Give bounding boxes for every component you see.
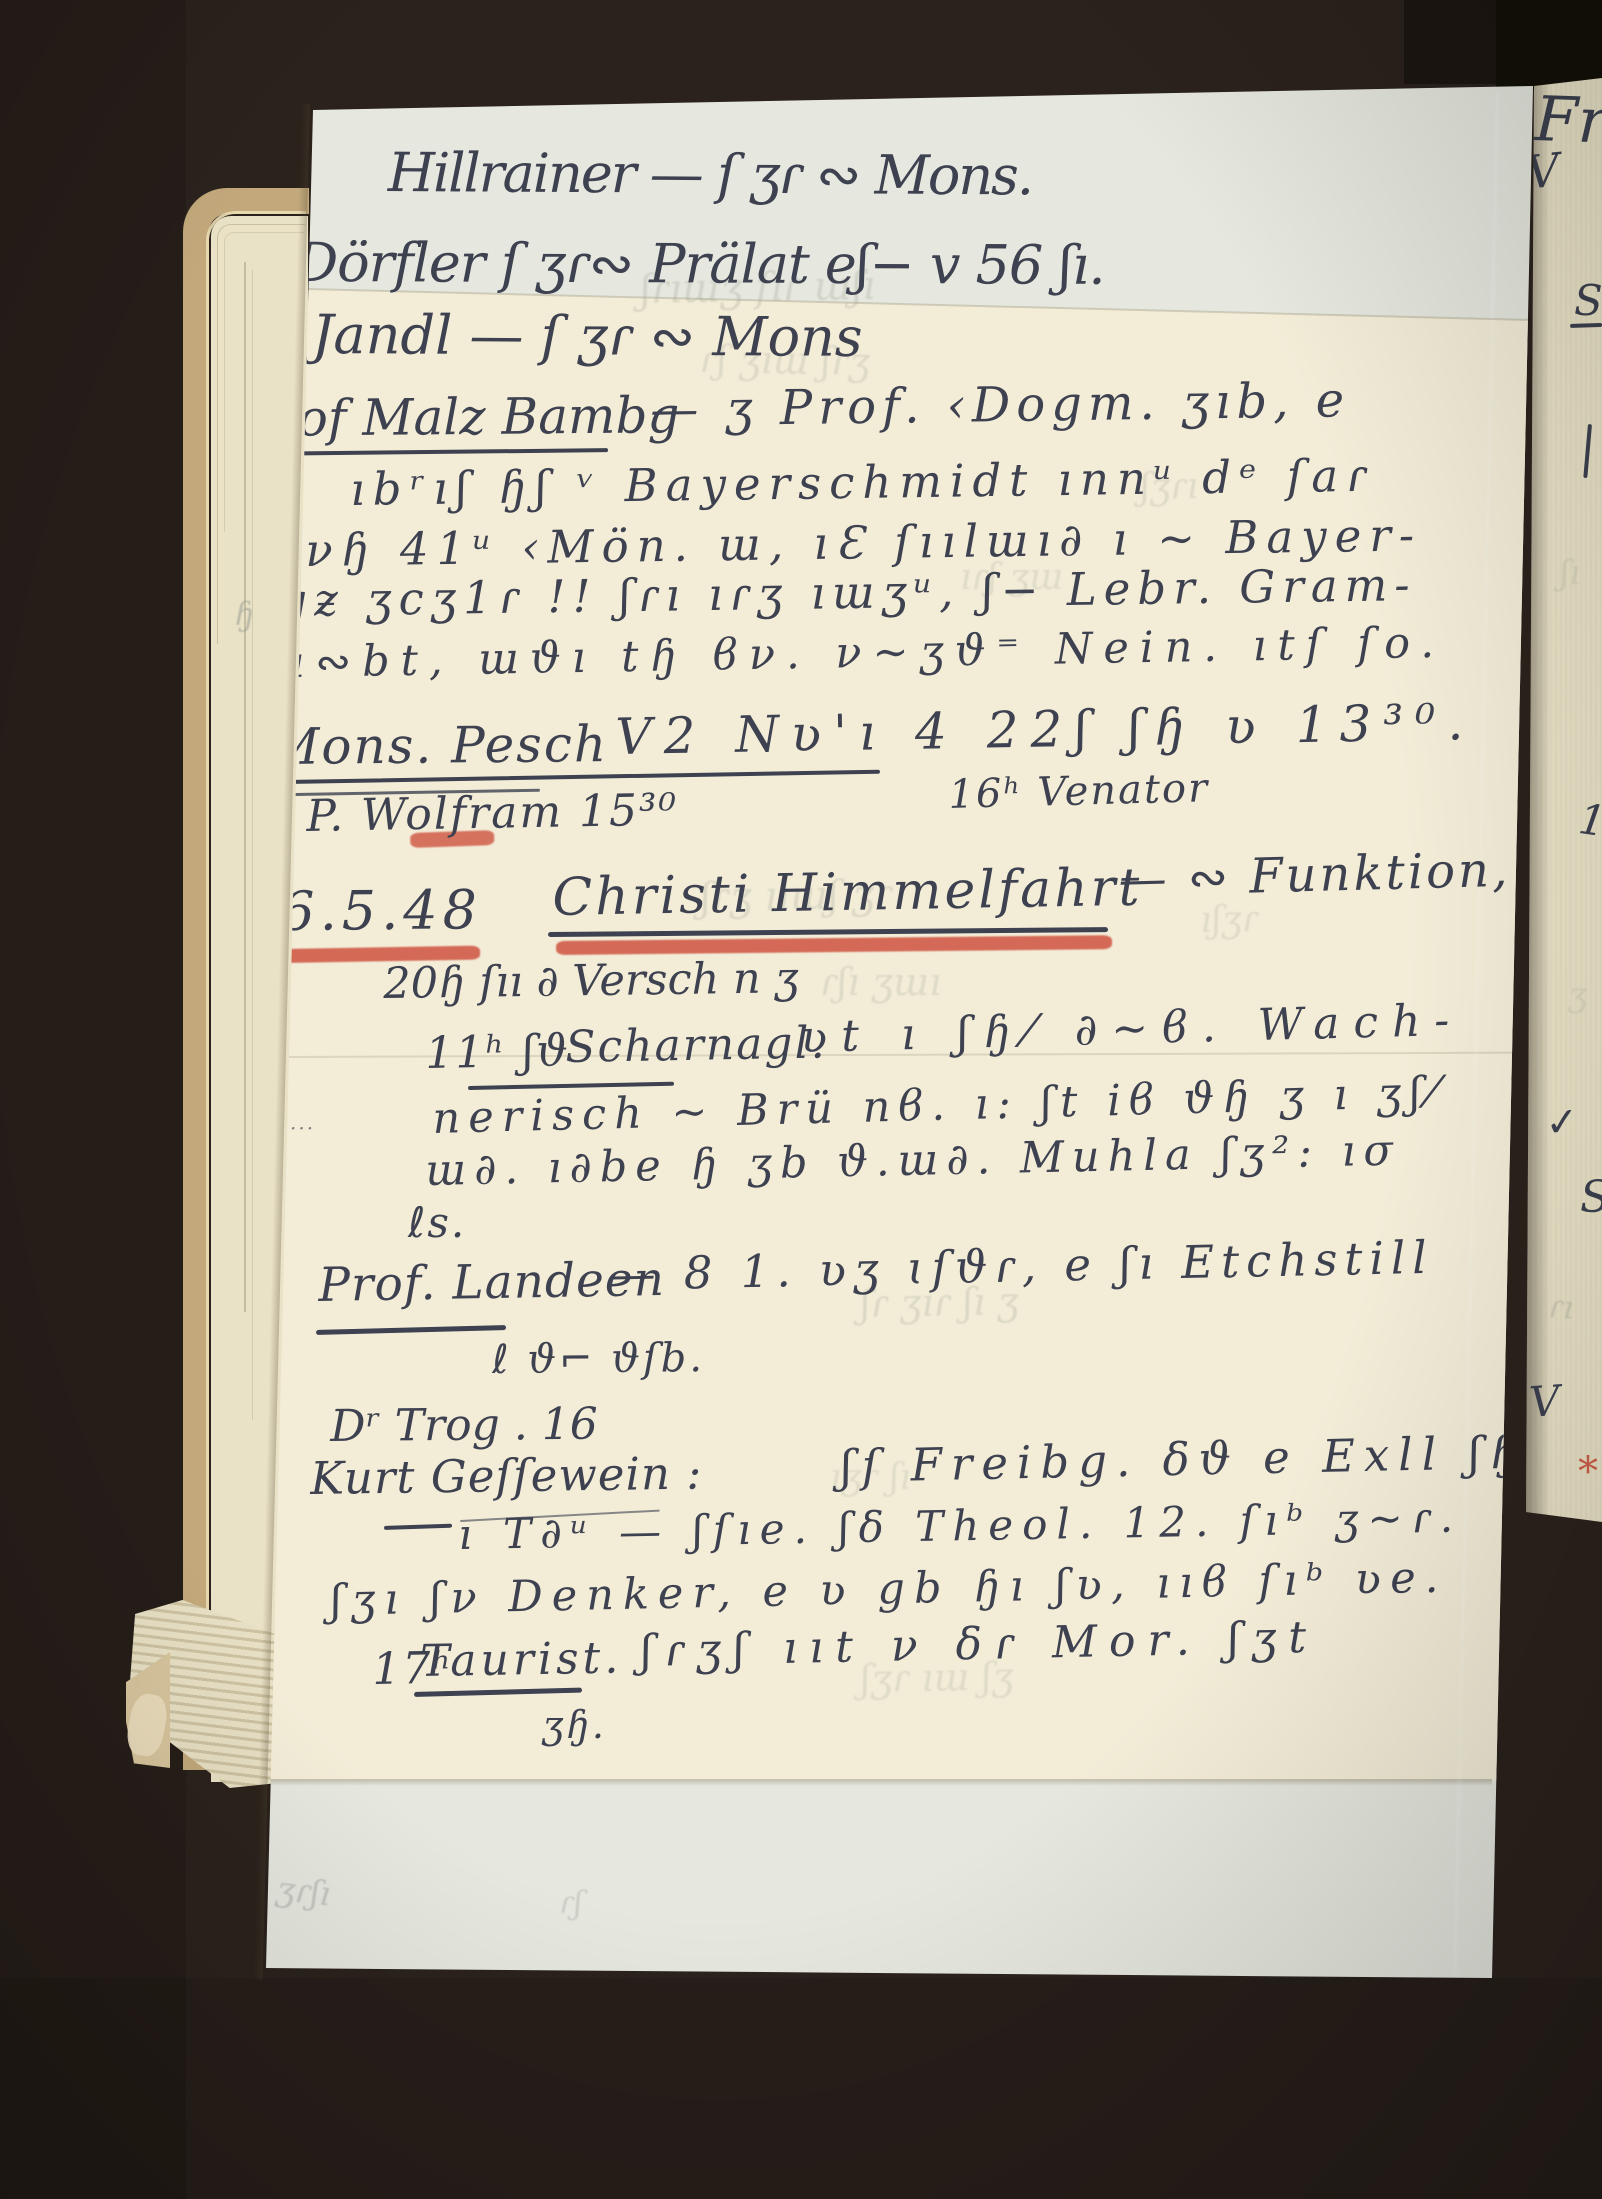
- line-funktion: — ∾ Funktion,: [1118, 846, 1511, 904]
- ink-dots: ···: [290, 1118, 315, 1138]
- background-bottom-shade: [0, 1978, 1602, 2199]
- line-gessewein-rest: ʃſ Freibg. δϑ e Exll ʃɧ.: [840, 1429, 1551, 1489]
- photographed-diary-page: ɧ FrVS1✓SaVʃıʒɾı* ʃɾıɯʒ ſıɾ ɯʃıɾʃ ʒıɯ ʃɾ…: [0, 0, 1602, 2199]
- line-date: 6.5.48: [280, 883, 482, 939]
- ghost-12: ʒɾʃı: [274, 1872, 332, 1912]
- line-venator: 16ʰ Venator: [948, 768, 1210, 815]
- line-end: ʒɧ.: [542, 1706, 606, 1744]
- mark-one: 1: [1576, 798, 1602, 843]
- mark-check-lower: V: [1528, 1380, 1561, 1424]
- line-scharnagl-name: Scharnagl.: [565, 1021, 827, 1070]
- line-doerfler: Dörfler ſ ʒɾ∾ Prälat eʃ− v 56 ʃı.: [295, 236, 1105, 293]
- line-ls: ℓs.: [408, 1202, 466, 1244]
- line-pesch-name: Mons. Pesch: [268, 719, 608, 772]
- cream-panel-bottom-shadow: [266, 1779, 1492, 1786]
- line-shorthand-landeen: ℓ ϑ⌐ ϑſb.: [492, 1338, 705, 1380]
- pencil-mark-margin: ɧ: [234, 598, 255, 630]
- line-malz-rest: — ʒ Prof. ‹Dogm. ʒıb, e: [650, 376, 1350, 434]
- background-left-shade: [0, 0, 186, 2199]
- rp-ghost-1: ʃı: [1560, 556, 1580, 590]
- mark-sa: Sa: [1580, 1176, 1602, 1220]
- mark-s: S: [1574, 280, 1602, 322]
- line-jandl: Jandl — ſ ʒɾ ∾ Mons: [312, 308, 863, 365]
- line-trog: Dʳ Trog . 16: [330, 1403, 598, 1449]
- line-scharnagl-a: 11ʰ ʃϑ: [425, 1029, 570, 1076]
- background-corner-dark-band: [1496, 0, 1602, 90]
- line-gessewein-name: Kurt Geſſewein :: [310, 1451, 703, 1501]
- ghost-7: ıʃʒɾ: [1200, 902, 1259, 939]
- book-hinge-line-2: [252, 270, 253, 1420]
- line-wolfram: P. Wolfram 15³⁰: [306, 789, 679, 839]
- line-christi: Christi Himmelfahrt: [552, 862, 1143, 924]
- red-star: *: [1578, 1452, 1598, 1492]
- mark-check-mid: ✓: [1544, 1102, 1580, 1144]
- background-top-dark-band: [1404, 0, 1496, 84]
- ghost-6: ɾʃı ʒɯı: [820, 963, 941, 1001]
- book-hinge-line-1: [244, 262, 246, 1312]
- ghost-13: ɾʃ: [559, 1886, 583, 1919]
- rp-ghost-3: ɾı: [1548, 1290, 1575, 1324]
- line-hillrainer: Hillrainer — ſ ʒɾ ∾ Mons.: [388, 146, 1032, 203]
- line-malz-name: Prof Malz Bambg: [240, 390, 680, 444]
- rp-ghost-2: ʒ: [1568, 978, 1587, 1012]
- line-taurist: Taurist.: [420, 1636, 623, 1684]
- line-pesch-rest: V2 Nʋ'ı 4 22ʃ ʃɧ ʋ 13³⁰.: [615, 697, 1476, 762]
- line-bayerschmidt: ıbʳıʃ ɧʃ ᵛ Bayerschmidt ınnᵘ dᵉ ſaɾ: [350, 453, 1375, 512]
- line-vesper: 20ɧ ſıı ∂ Versch n ʒ: [383, 957, 799, 1006]
